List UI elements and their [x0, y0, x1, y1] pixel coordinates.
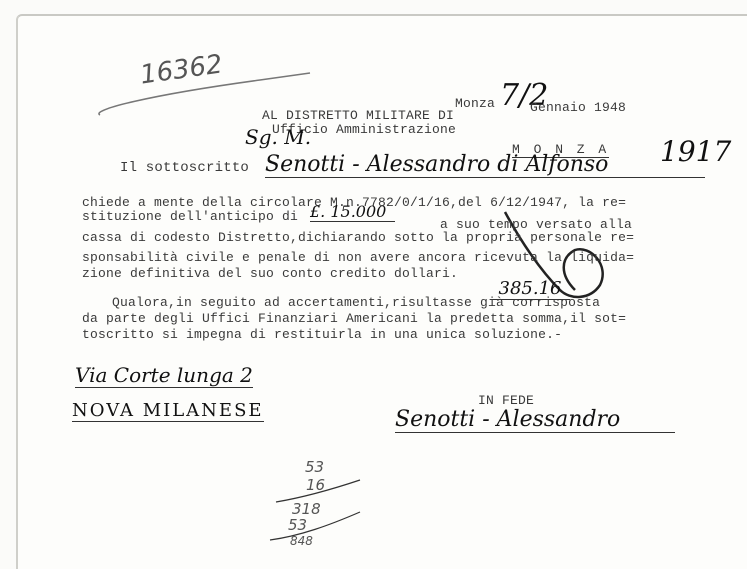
handwritten-rank: Sg. M.	[245, 125, 311, 149]
calc-line-2: 16	[306, 476, 325, 494]
calc-line-5: 848	[290, 534, 313, 548]
advance-amount: £. 15.000	[310, 202, 395, 222]
place: Monza	[455, 96, 495, 111]
addressee-line1: AL DISTRETTO MILITARE DI	[262, 108, 454, 123]
calc-line-1: 53	[305, 458, 324, 476]
para2-line-2: da parte degli Uffici Finanziari America…	[82, 311, 626, 326]
closing-label: IN FEDE	[478, 393, 534, 408]
address-street: Via Corte lunga 2	[75, 363, 253, 388]
body-line-5: zione definitiva del suo conto credito d…	[82, 266, 458, 281]
intro-text: Il sottoscritto	[120, 160, 249, 176]
pen-marks	[0, 0, 747, 569]
body-line-4: sponsabilità civile e penale di non aver…	[82, 250, 634, 265]
para2-line-1: Qualora,in seguito ad accertamenti,risul…	[112, 295, 600, 310]
address-town: NOVA MILANESE	[72, 400, 264, 422]
signature: Senotti - Alessandro	[395, 407, 675, 433]
body-line-2: stituzione dell'anticipo di	[82, 209, 298, 224]
month-year: Gennaio 1948	[530, 100, 626, 115]
applicant-name: Senotti - Alessandro di Alfonso	[265, 152, 705, 178]
para2-line-3: toscritto si impegna di restituirla in u…	[82, 327, 562, 342]
calc-line-4: 53	[288, 516, 307, 534]
body-line-3: cassa di codesto Distretto,dichiarando s…	[82, 230, 634, 245]
